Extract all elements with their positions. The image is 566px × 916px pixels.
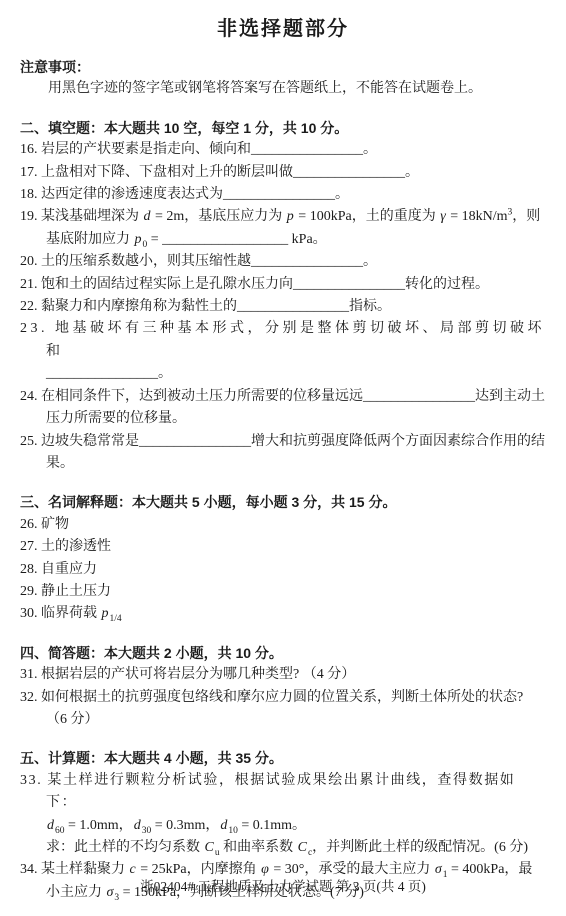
math-var: d	[143, 209, 152, 224]
question-26: 26. 矿物	[20, 514, 546, 536]
section-fill-heading: 二、填空题：本大题共 10 空，每空 1 分，共 10 分。	[20, 117, 546, 139]
exam-page: 非选择题部分 注意事项： 用黑色字迹的签字笔或钢笔将答案写在答题纸上，不能答在试…	[0, 0, 566, 916]
math-var: d	[133, 818, 142, 833]
text-run: = 0.3mm，	[151, 818, 219, 833]
question-21: 21. 饱和土的固结过程实际上是孔隙水压力向________________转化…	[20, 274, 546, 296]
question-30: 30. 临界荷载 p1/4	[20, 603, 546, 625]
text-run: 和曲率系数	[220, 840, 297, 855]
math-var: d	[46, 818, 55, 833]
subscript: 60	[55, 825, 65, 835]
blank-line: __________________	[162, 232, 288, 247]
question-25: 25. 边坡失稳常常是________________增大和抗剪强度降低两个方面…	[20, 431, 546, 476]
math-var: p	[101, 606, 110, 621]
text-run: = 18kN/m	[447, 209, 508, 224]
math-var: p	[134, 232, 143, 247]
text-run: =	[147, 232, 162, 247]
question-23: 23. 地基破坏有三种基本形式，分别是整体剪切破坏、局部剪切破坏和	[20, 318, 546, 363]
question-16: 16. 岩层的产状要素是指走向、倾向和________________。	[20, 139, 546, 161]
math-var: C	[297, 840, 308, 855]
question-17: 17. 上盘相对下降、下盘相对上升的断层叫做________________。	[20, 162, 546, 184]
section-calculation-heading: 五、计算题：本大题共 4 小题，共 35 分。	[20, 747, 546, 769]
question-32: 32. 如何根据土的抗剪强度包络线和摩尔应力圆的位置关系，判断土体所处的状态? …	[20, 687, 546, 732]
subscript: 10	[228, 825, 238, 835]
question-20: 20. 土的压缩系数越小，则其压缩性越________________。	[20, 251, 546, 273]
subscript: 1/4	[110, 614, 122, 624]
text-run: 求：此土样的不均匀系数	[46, 840, 204, 855]
notice-text: 用黑色字迹的签字笔或钢笔将答案写在答题纸上，不能答在试题卷上。	[20, 78, 546, 100]
question-28: 28. 自重应力	[20, 559, 546, 581]
text-run: 30. 临界荷载	[20, 606, 101, 621]
text-run: = 0.1mm。	[238, 818, 306, 833]
section-short-answer-heading: 四、简答题：本大题共 2 小题，共 10 分。	[20, 642, 546, 664]
math-var: p	[286, 209, 295, 224]
subscript: 30	[142, 825, 152, 835]
text-run: = 100kPa，土的重度为	[295, 209, 439, 224]
math-var: γ	[439, 209, 447, 224]
question-23-blank: ________________。	[20, 363, 546, 385]
question-31: 31. 根据岩层的产状可将岩层分为哪几种类型? （4 分）	[20, 664, 546, 686]
question-24: 24. 在相同条件下，达到被动土压力所需要的位移量远远_____________…	[20, 386, 546, 431]
question-27: 27. 土的渗透性	[20, 536, 546, 558]
question-22: 22. 黏聚力和内摩擦角称为黏性土的________________指标。	[20, 296, 546, 318]
text-run: ，并判断此土样的级配情况。(6 分)	[312, 840, 528, 855]
text-run: kPa。	[288, 232, 327, 247]
page-title: 非选择题部分	[20, 16, 546, 42]
text-run: = 2m，基底压应力为	[152, 209, 286, 224]
text-run: = 1.0mm，	[65, 818, 133, 833]
question-19: 19. 某浅基础埋深为 d = 2m，基底压应力为 p = 100kPa，土的重…	[20, 206, 546, 251]
math-var: C	[204, 840, 215, 855]
question-33-solve: 求：此土样的不均匀系数 Cu 和曲率系数 Cc，并判断此土样的级配情况。(6 分…	[20, 837, 546, 859]
question-33-data: d60 = 1.0mm，d30 = 0.3mm，d10 = 0.1mm。	[20, 815, 546, 837]
section-terms-heading: 三、名词解释题：本大题共 5 小题，每小题 3 分，共 15 分。	[20, 491, 546, 513]
page-footer: 浙02404# 工程地质及土力学试题 第 3 页(共 4 页)	[0, 876, 566, 898]
text-run: 19. 某浅基础埋深为	[20, 209, 143, 224]
notice-heading: 注意事项：	[20, 56, 546, 78]
question-29: 29. 静止土压力	[20, 581, 546, 603]
question-18: 18. 达西定律的渗透速度表达式为________________。	[20, 184, 546, 206]
question-33: 33. 某土样进行颗粒分析试验，根据试验成果绘出累计曲线，查得数据如下：	[20, 770, 546, 815]
